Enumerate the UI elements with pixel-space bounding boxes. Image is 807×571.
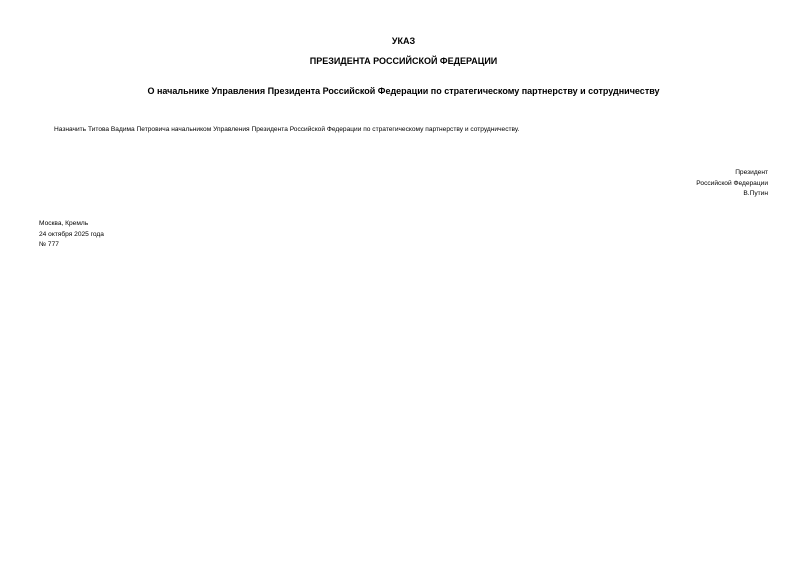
signature-name: В.Путин: [696, 189, 768, 200]
signature-block: Президент Российской Федерации В.Путин: [696, 168, 768, 200]
document-subject: О начальнике Управления Президента Росси…: [0, 86, 807, 96]
signature-position-line2: Российской Федерации: [696, 179, 768, 190]
document-place: Москва, Кремль: [39, 219, 104, 230]
document-title: УКАЗ: [0, 36, 807, 46]
signature-position-line1: Президент: [696, 168, 768, 179]
document-body: Назначить Титова Вадима Петровича началь…: [54, 126, 519, 133]
document-issuer: ПРЕЗИДЕНТА РОССИЙСКОЙ ФЕДЕРАЦИИ: [0, 56, 807, 66]
document-number: № 777: [39, 240, 104, 251]
document-date: 24 октября 2025 года: [39, 230, 104, 241]
place-date-block: Москва, Кремль 24 октября 2025 года № 77…: [39, 219, 104, 251]
